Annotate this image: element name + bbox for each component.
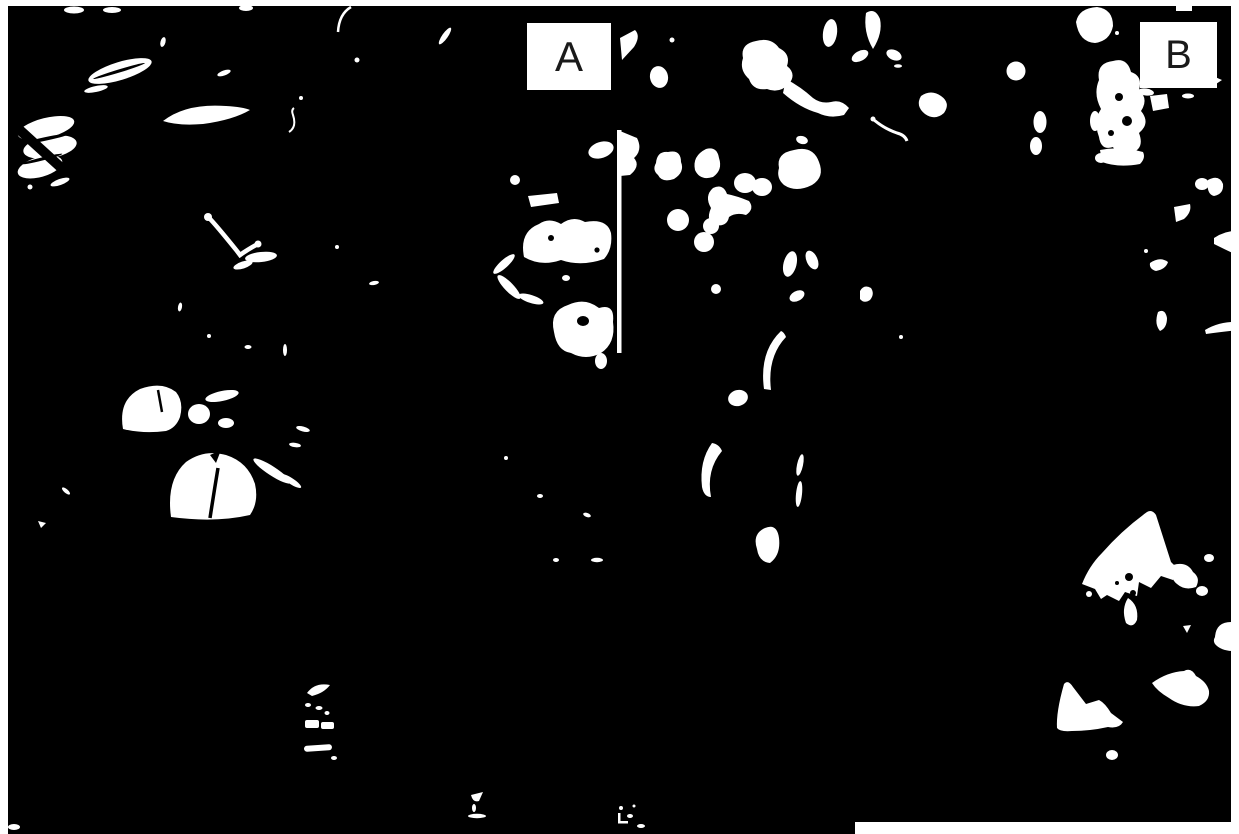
binarized-photo	[0, 0, 1239, 834]
figure-canvas: A B	[0, 0, 1239, 834]
panel-b-label-text: B	[1165, 35, 1192, 75]
panel-b-label: B	[1140, 22, 1217, 88]
panel-a-label-text: A	[555, 36, 583, 78]
panel-a-label: A	[527, 23, 611, 90]
